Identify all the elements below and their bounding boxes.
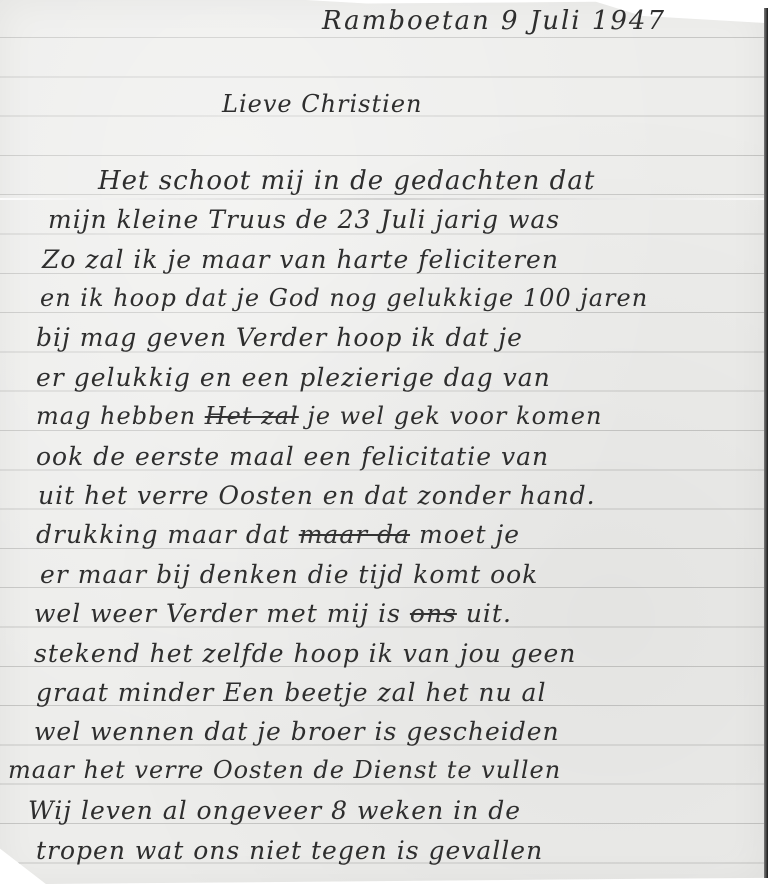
body-line-9: uit het verre Oosten en dat zonder hand. <box>38 483 596 508</box>
body-line-15: wel wennen dat je broer is gescheiden <box>34 719 560 744</box>
body-line-2: mijn kleine Truus de 23 Juli jarig was <box>48 207 560 232</box>
body-line-7: mag hebben Het zal je wel gek voor komen <box>36 404 602 428</box>
body-line-4: en ik hoop dat je God nog gelukkige 100 … <box>40 286 648 310</box>
body-line-18: tropen wat ons niet tegen is gevallen <box>36 838 543 863</box>
body-line-12: wel weer Verder met mij is ons uit. <box>34 601 512 626</box>
body-line-12-post: uit. <box>457 599 512 628</box>
struck-through-text: ons <box>410 599 457 628</box>
letter-salutation: Lieve Christien <box>222 92 422 116</box>
paper-fold-crease <box>0 198 764 200</box>
body-line-10-post: moet je <box>410 520 520 549</box>
body-line-12-pre: wel weer Verder met mij is <box>34 599 410 628</box>
paper-edge-shadow <box>764 8 768 878</box>
body-line-10-pre: drukking maar dat <box>36 520 299 549</box>
body-line-3: Zo zal ik je maar van harte feliciteren <box>42 247 559 272</box>
body-line-7-pre: mag hebben <box>36 402 205 430</box>
struck-through-text: maar da <box>299 520 410 549</box>
body-line-11: er maar bij denken die tijd komt ook <box>40 562 538 587</box>
body-line-8: ook de eerste maal een felicitatie van <box>36 444 549 469</box>
body-line-7-post: je wel gek voor komen <box>299 402 603 430</box>
body-line-6: er gelukkig en een plezierige dag van <box>36 365 551 390</box>
body-line-13: stekend het zelfde hoop ik van jou geen <box>34 641 576 666</box>
body-line-1: Het schoot mij in de gedachten dat <box>98 168 595 194</box>
struck-through-text: Het zal <box>205 402 299 430</box>
body-line-16: maar het verre Oosten de Dienst te vulle… <box>8 758 561 782</box>
body-line-14: graat minder Een beetje zal het nu al <box>36 680 546 705</box>
letter-place-date: Ramboetan 9 Juli 1947 <box>322 8 666 34</box>
body-line-17: Wij leven al ongeveer 8 weken in de <box>28 798 521 823</box>
body-line-10: drukking maar dat maar da moet je <box>36 522 520 547</box>
body-line-5: bij mag geven Verder hoop ik dat je <box>36 325 523 350</box>
